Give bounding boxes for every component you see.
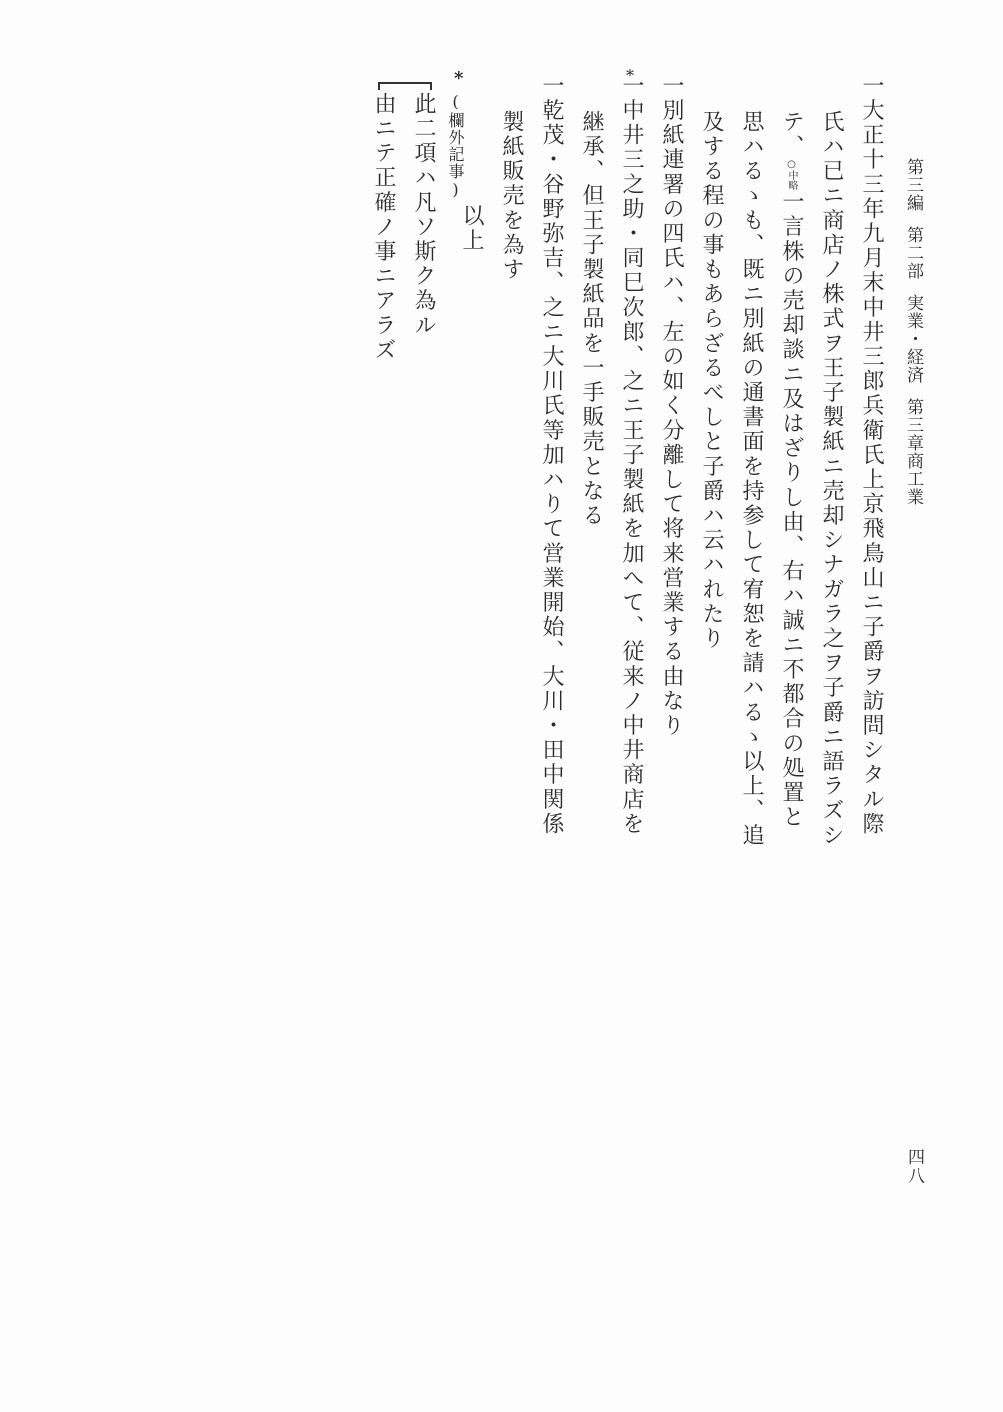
- body-line-8: 継承、但王子製紙品を一手販売となる: [580, 110, 602, 528]
- body-line-7: 一中井三之助・同巳次郎、之ニ王子製紙を加へて、従来ノ中井商店を: [620, 74, 642, 837]
- header-section: 実業・経済: [903, 294, 923, 384]
- body-line-10: 製紙販売を為す: [500, 110, 522, 282]
- marginal-title: (欄外記事): [447, 92, 463, 200]
- running-header: 第三編第二部実業・経済第三章商工業: [904, 158, 921, 506]
- omission-note: ○中略: [786, 159, 797, 190]
- body-line-4: 思ハるゝも、既ニ別紙の通書面を持参して宥恕を請ハるゝ以上、追: [740, 110, 762, 848]
- body-line-1: 一大正十三年九月末中井三郎兵衛氏上京飛鳥山ニ子爵ヲ訪問シタル際: [860, 74, 882, 837]
- header-volume: 第三編: [903, 158, 923, 212]
- header-topic: 商工業: [903, 452, 923, 506]
- header-chapter: 第三章: [903, 398, 923, 452]
- page-number: 四八: [902, 1148, 927, 1186]
- body-line-5: 及する程の事もあらざるべしと子爵ハ云ハれたり: [700, 110, 722, 651]
- marginal-line-1: 此二項ハ凡ソ斯ク為ル: [412, 92, 434, 338]
- body-line-9: 一乾茂・谷野弥吉、之ニ大川氏等加ハりて営業開始、大川・田中関係: [540, 74, 562, 837]
- marginal-line-2: 由ニテ正確ノ事ニアラズ: [372, 92, 394, 363]
- body-line-2: 氏ハ已ニ商店ノ株式ヲ王子製紙ニ売却シナガラ之ヲ子爵ニ語ラズシ: [820, 110, 842, 848]
- marginal-bracket: [378, 82, 432, 90]
- body-line-3: テ、○中略一言株の売却談ニ及はざりし由、右ハ誠ニ不都合の処置と: [780, 110, 802, 830]
- body-line-3a: テ、: [779, 110, 804, 159]
- marginal-asterisk: *: [454, 68, 463, 89]
- closing-ijo: 以上: [460, 204, 482, 253]
- header-part: 第二部: [903, 226, 923, 280]
- body-line-6: 一別紙連署の四氏ハ、左の如く分離して将来営業する由なり: [660, 74, 682, 738]
- body-line-3b: 一言株の売却談ニ及はざりし由、右ハ誠ニ不都合の処置と: [779, 190, 804, 830]
